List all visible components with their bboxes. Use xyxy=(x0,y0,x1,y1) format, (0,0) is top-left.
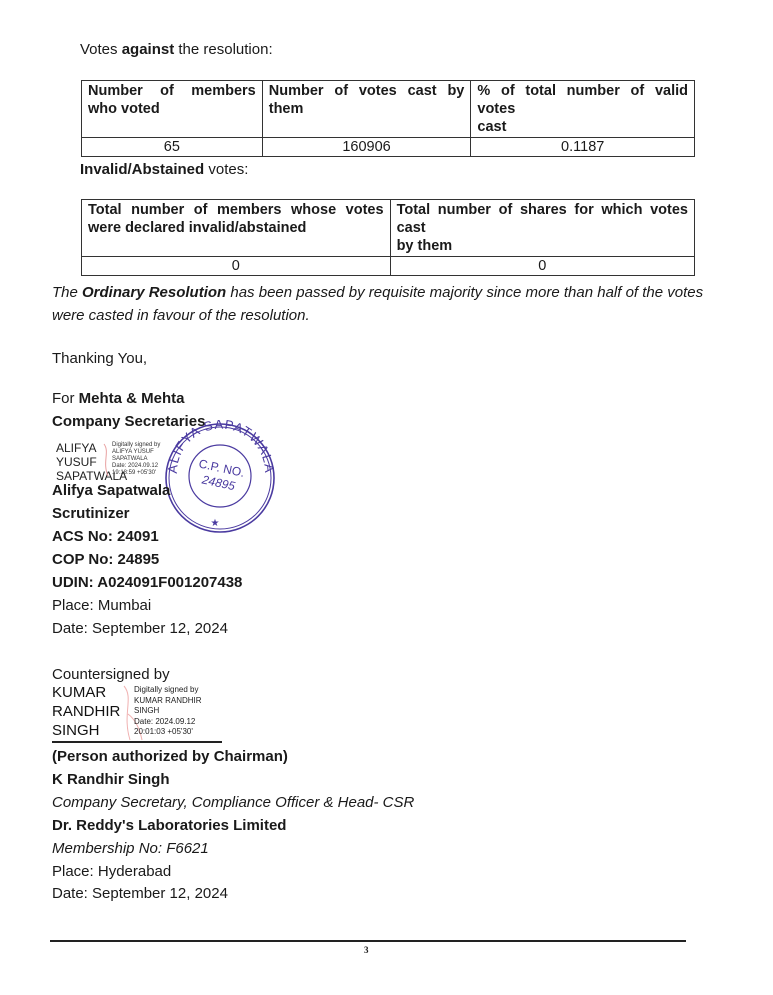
countersign-digital-signature: KUMAR RANDHIR SINGH xyxy=(52,683,120,740)
signature-line xyxy=(52,741,222,743)
document-page: Votes against the resolution: Number of … xyxy=(0,0,773,995)
countersign-name: K Randhir Singh xyxy=(52,770,170,790)
company-name: Dr. Reddy's Laboratories Limited xyxy=(52,816,286,836)
countersign-date: Date: September 12, 2024 xyxy=(52,884,228,904)
countersign-place: Place: Hyderabad xyxy=(52,862,171,882)
column-header: Total number of members whose voteswere … xyxy=(82,200,391,257)
stamp-star-icon: ★ xyxy=(211,518,220,529)
table-header-row: Number of memberswho voted Number of vot… xyxy=(82,81,695,138)
firm-line: For Mehta & Mehta xyxy=(52,389,185,409)
votes-against-table: Number of memberswho voted Number of vot… xyxy=(81,80,695,157)
scrutinizer-stamp: ALIFYA SAPATWALA C.P. NO. 24895 ★ xyxy=(160,420,280,535)
invalid-votes-heading: Invalid/Abstained votes: xyxy=(80,160,248,180)
scrutinizer-date: Date: September 12, 2024 xyxy=(52,619,228,639)
column-header: Number of votes cast bythem xyxy=(262,81,471,138)
table-header-row: Total number of members whose voteswere … xyxy=(82,200,695,257)
resolution-statement: The Ordinary Resolution has been passed … xyxy=(52,281,696,327)
udin: UDIN: A024091F001207438 xyxy=(52,573,242,593)
scrutinizer-signature-details: Digitally signed by ALIFYA YUSUF SAPATWA… xyxy=(112,442,160,477)
column-header: Total number of shares for which votes c… xyxy=(390,200,694,257)
cop-number: COP No: 24895 xyxy=(52,550,159,570)
countersign-designation: Company Secretary, Compliance Officer & … xyxy=(52,793,414,813)
countersigned-heading: Countersigned by xyxy=(52,665,170,685)
invalid-votes-table: Total number of members whose voteswere … xyxy=(81,199,695,276)
column-header: % of total number of valid votescast xyxy=(471,81,695,138)
page-number: 3 xyxy=(364,945,369,955)
members-voted-value: 65 xyxy=(82,138,263,157)
scrutinizer-place: Place: Mumbai xyxy=(52,596,151,616)
acs-number: ACS No: 24091 xyxy=(52,527,159,547)
invalid-members-value: 0 xyxy=(82,257,391,276)
scrutinizer-role: Scrutinizer xyxy=(52,504,130,524)
column-header: Number of memberswho voted xyxy=(82,81,263,138)
authorized-person-label: (Person authorized by Chairman) xyxy=(52,747,288,767)
footer-rule xyxy=(50,940,686,942)
percent-votes-value: 0.1187 xyxy=(471,138,695,157)
invalid-shares-value: 0 xyxy=(390,257,694,276)
votes-against-heading: Votes against the resolution: xyxy=(80,40,273,60)
scrutinizer-name: Alifya Sapatwala xyxy=(52,481,170,501)
closing-text: Thanking You, xyxy=(52,349,147,369)
table-row: 65 160906 0.1187 xyxy=(82,138,695,157)
votes-cast-value: 160906 xyxy=(262,138,471,157)
countersign-signature-details: Digitally signed by KUMAR RANDHIR SINGH … xyxy=(134,685,202,738)
table-row: 0 0 xyxy=(82,257,695,276)
membership-number: Membership No: F6621 xyxy=(52,839,209,859)
